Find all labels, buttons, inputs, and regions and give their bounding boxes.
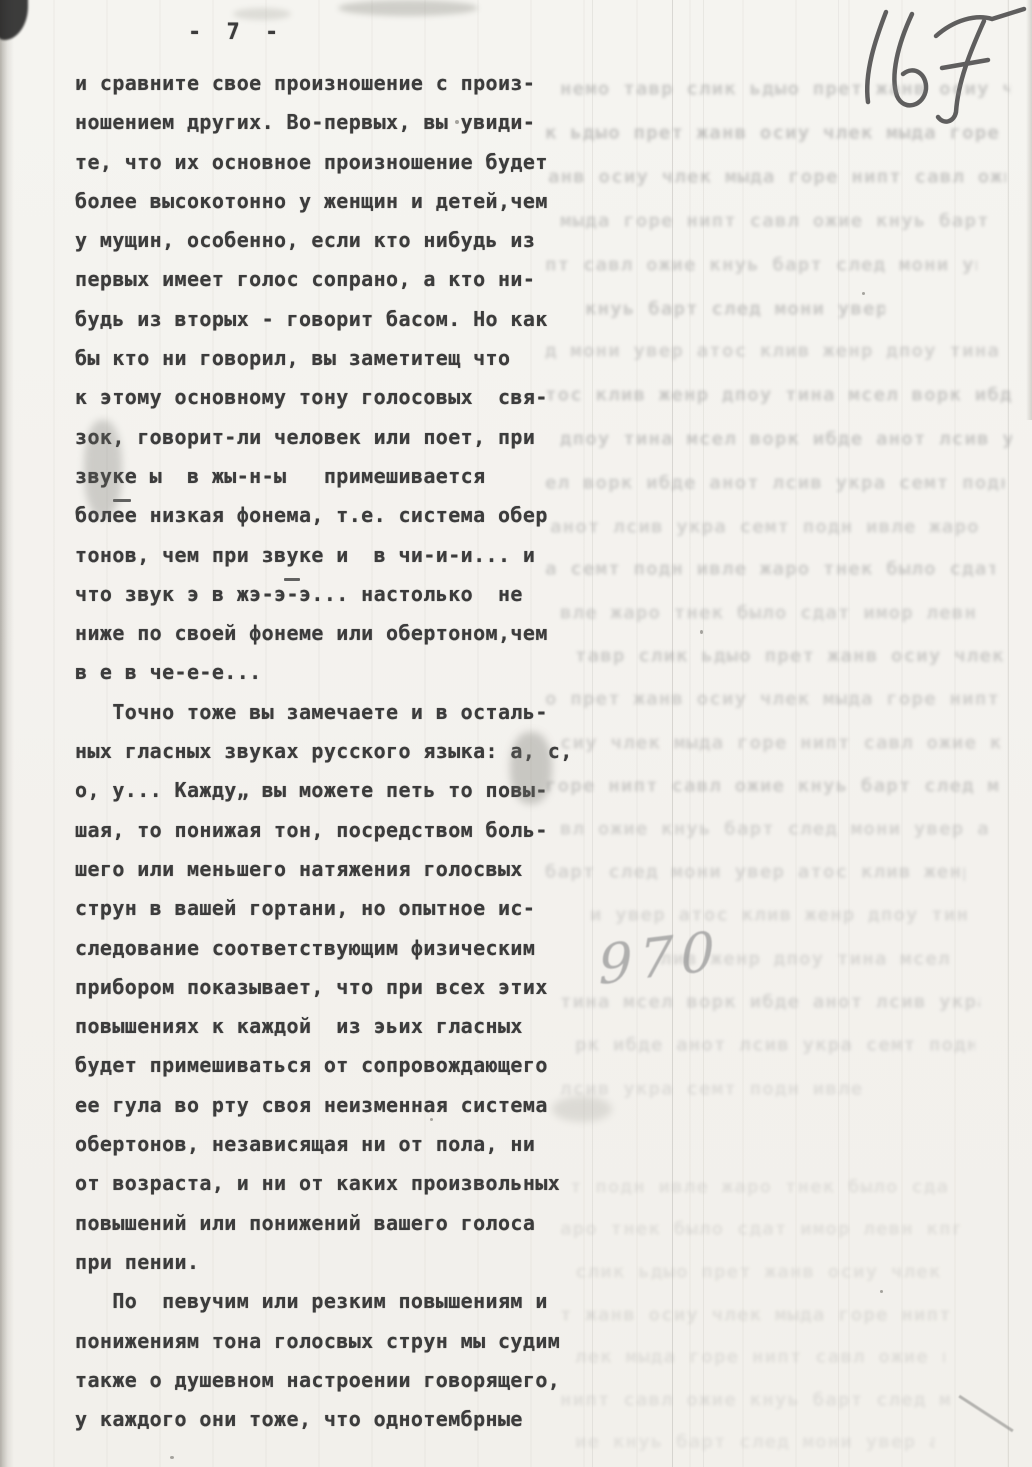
- text-line: струн в вашей гортани, но опытное ис-: [75, 889, 575, 928]
- handwritten-folio-number: [852, 2, 1032, 127]
- text-line: будет примешиваться от сопровождающего: [75, 1046, 575, 1085]
- bleedthrough-line: а семт подн ивле жаро тнек было сдат имо…: [545, 559, 995, 579]
- text-line: звуке ы в жы-н-ы примешивается: [75, 457, 575, 496]
- typewritten-text-column: и сравните свое произношение с произ-нош…: [75, 64, 575, 1439]
- bleedthrough-line: лек мыда горе нипт савл ожие кнуь барт с…: [575, 1347, 945, 1367]
- text-line: и сравните свое произношение с произ-: [75, 64, 575, 103]
- bleedthrough-line: рк ибде анот лсив укра семт подн ивле жа…: [575, 1035, 975, 1055]
- page-number: - 7 -: [188, 20, 284, 45]
- text-line: понижениям тона голосвых струн мы судим: [75, 1322, 575, 1361]
- dust-speck: [862, 292, 865, 295]
- dust-speck: [880, 1290, 883, 1293]
- dust-speck: [700, 630, 703, 634]
- text-line: тонов, чем при звуке и в чи-и-и... и: [75, 536, 575, 575]
- page-left-edge-shadow: [0, 0, 14, 1467]
- folio-number-strokes: [852, 2, 1032, 127]
- dust-speck: [455, 120, 459, 124]
- bleedthrough-line: лсив укра семт подн ивле жаро тнек: [560, 1079, 870, 1099]
- text-line: По певучим или резким повышениям и: [75, 1282, 575, 1321]
- bleedthrough-line: мыда горе нипт савл ожие кнуь барт след …: [560, 211, 1000, 231]
- scan-fold-line: [1008, 0, 1009, 1467]
- scan-fold-line: [703, 0, 704, 1467]
- bleedthrough-line: слик ьдыо прет жанв осиу члек мыда горе …: [575, 1262, 955, 1282]
- text-line: ношением других. Во-первых, вы увиди-: [75, 103, 575, 142]
- text-line: в е в че-е-е...: [75, 653, 575, 692]
- bleedthrough-line: тина мсел ворк ибде анот лсив укра семт …: [560, 992, 980, 1012]
- bleedthrough-line: пт савл ожие кнуь барт след мони увер ат…: [545, 255, 977, 275]
- bleedthrough-line: анот лсив укра семт подн ивле жаро тнек …: [550, 517, 990, 537]
- text-line: от возраста, и ни от каких произвольных: [75, 1164, 575, 1203]
- bleedthrough-line: дпоу тина мсел ворк ибде анот лсив укра …: [560, 429, 1012, 449]
- bleedthrough-line: барт след мони увер атос клив женр дпоу …: [545, 862, 965, 882]
- text-line: будь из вторых - говорит басом. Но как: [75, 300, 575, 339]
- bleedthrough-line: ие кнуь барт след мони увер атос клив же: [575, 1432, 935, 1452]
- text-line: те, что их основное произношение будет: [75, 143, 575, 182]
- vowel-underline-mark: [284, 578, 300, 581]
- text-line: следование соответствующим физическим: [75, 929, 575, 968]
- bleedthrough-line: т подн ивле жаро тнек было сдат имор лев…: [570, 1177, 950, 1197]
- bleedthrough-line: тавр слик ьдыо прет жанв осиу члек мыда …: [575, 646, 1013, 666]
- text-line: повышениях к каждой из эьих гласных: [75, 1007, 575, 1046]
- scan-fold-line: [672, 0, 673, 1467]
- bleedthrough-line: и увер атос клив женр дпоу тина мсел вор…: [590, 905, 970, 925]
- bleedthrough-line: сиу члек мыда горе нипт савл ожие кнуь б…: [560, 733, 1000, 753]
- dust-speck: [170, 1456, 174, 1459]
- text-line: зок, говорит-ли человек или поет, при: [75, 418, 575, 457]
- bleedthrough-line: т жанв осиу члек мыда горе нипт савл ожи…: [560, 1305, 950, 1325]
- bleedthrough-line: о прет жанв осиу члек мыда горе нипт сав…: [545, 689, 1007, 709]
- text-line: более низкая фонема, т.е. система обер: [75, 496, 575, 535]
- pencil-stroke-mark: [958, 1395, 1013, 1432]
- scan-fold-line: [838, 0, 839, 1467]
- bleedthrough-line: вле жаро тнек было сдат имор левн кпгу ш…: [560, 603, 990, 623]
- text-line: у каждого они тоже, что однотембрные: [75, 1400, 575, 1439]
- text-line: повышений или понижений вашего голоса: [75, 1204, 575, 1243]
- bleedthrough-line: д мони увер атос клив женр дпоу тина мсе…: [545, 341, 1000, 361]
- text-line: что звук э в жэ-э-э... настолько не: [75, 575, 575, 614]
- text-line: ниже по своей фонеме или обертоном,чем: [75, 614, 575, 653]
- text-line: о, у... Кажду„ вы можете петь то повы-: [75, 771, 575, 810]
- text-line: Точно тоже вы замечаете и в осталь-: [75, 693, 575, 732]
- text-line: более высокотонно у женщин и детей,чем: [75, 182, 575, 221]
- text-line: ных гласных звуках русского языка: а, с,: [75, 732, 575, 771]
- bleedthrough-line: анв осиу члек мыда горе нипт савл ожие к…: [548, 167, 1006, 187]
- text-line: обертонов, независящая ни от пола, ни: [75, 1125, 575, 1164]
- text-line: также о душевном настроении говорящего,: [75, 1361, 575, 1400]
- text-line: при пении.: [75, 1243, 575, 1282]
- dust-speck: [430, 1118, 433, 1121]
- top-edge-smudge: [233, 8, 291, 20]
- text-line: у мущин, особенно, если кто нибудь из: [75, 221, 575, 260]
- text-line: бы кто ни говорил, вы заметитещ что: [75, 339, 575, 378]
- scanned-page: - 7 - 970 и сравните свое произношение с…: [0, 0, 1032, 1467]
- text-line: к этому основному тону голосовых свя-: [75, 378, 575, 417]
- text-line: ее гула во рту своя неизменная система: [75, 1086, 575, 1125]
- text-line: первых имеет голос сопрано, а кто ни-: [75, 260, 575, 299]
- bleedthrough-line: аро тнек было сдат имор левн кпгу шеот н…: [560, 1219, 960, 1239]
- text-line: шего или меньшего натяжения голосвых: [75, 850, 575, 889]
- bleedthrough-line: вл ожие кнуь барт след мони увер атос кл…: [560, 819, 990, 839]
- text-line: прибором показывает, что при всех этих: [75, 968, 575, 1007]
- top-edge-smudge: [338, 0, 478, 16]
- vowel-underline-mark: [113, 499, 131, 502]
- text-line: шая, то понижая тон, посредством боль-: [75, 811, 575, 850]
- bleedthrough-line: тос клив женр дпоу тина мсел ворк ибде а…: [545, 385, 1013, 405]
- bleedthrough-line: горе нипт савл ожие кнуь барт след мони …: [545, 776, 1000, 796]
- scan-fold-line: [592, 0, 593, 1467]
- bleedthrough-line: нипт савл ожие кнуь барт след мони увер …: [560, 1390, 950, 1410]
- bleedthrough-line: ел ворк ибде анот лсив укра семт подн ив…: [545, 473, 1005, 493]
- bleedthrough-line: кнуь барт след мони увер атос клив: [585, 299, 885, 319]
